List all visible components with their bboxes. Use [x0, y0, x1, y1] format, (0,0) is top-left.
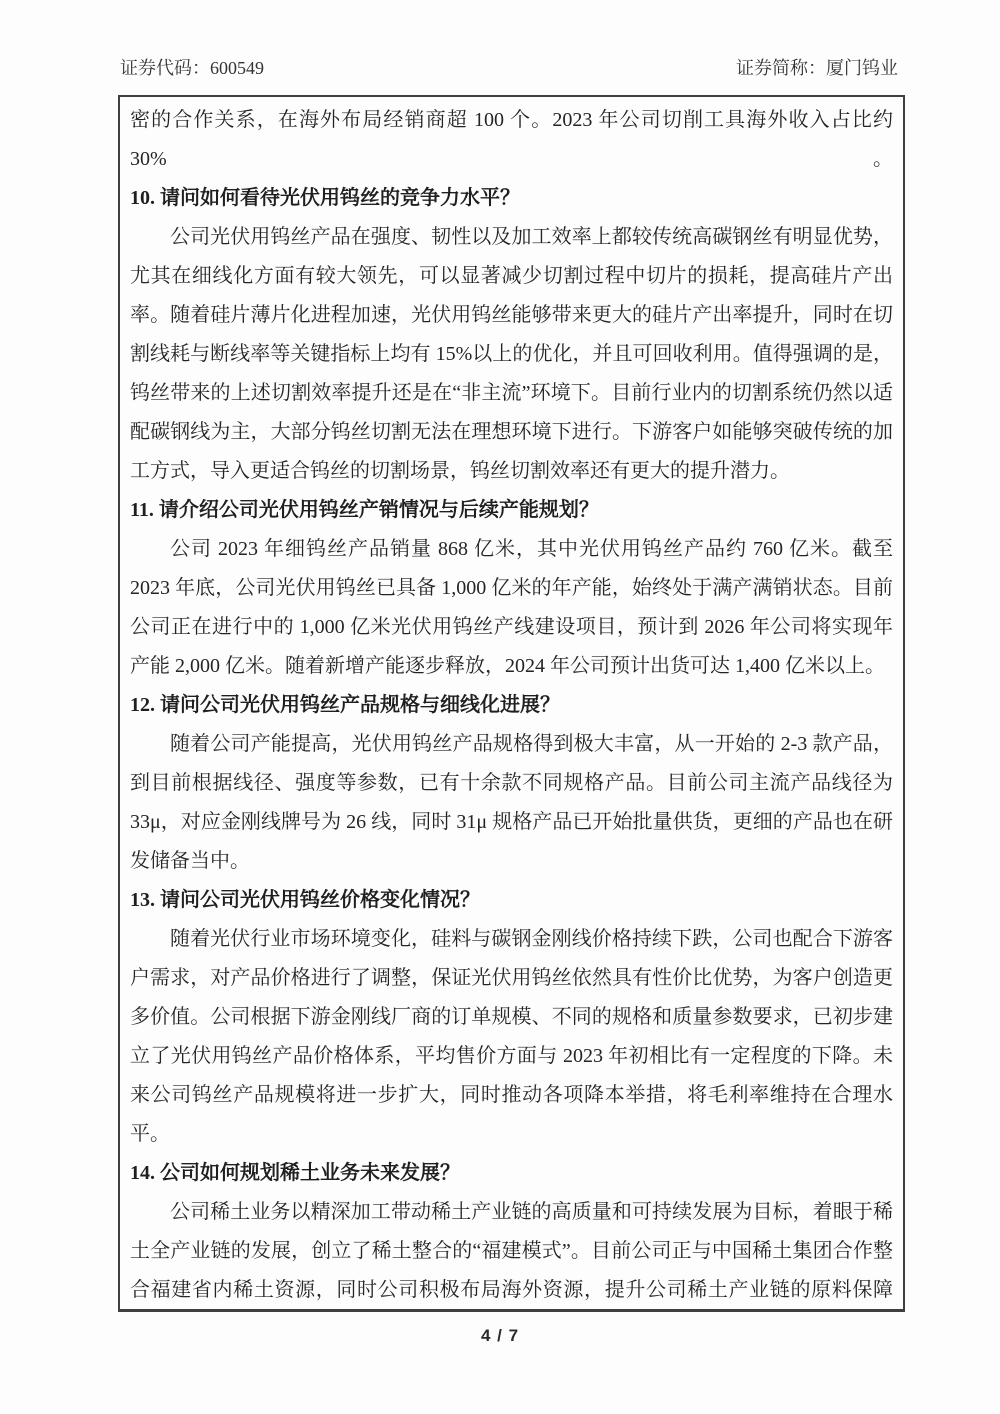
qa-item: 14. 公司如何规划稀土业务未来发展？ 公司稀土业务以精深加工带动稀土产业链的高…: [130, 1154, 893, 1312]
answer-paragraph-13: 随着光伏行业市场环境变化，硅料与碳钢金刚线价格持续下跌，公司也配合下游客户需求，…: [130, 920, 893, 1154]
continuation-paragraph: 密的合作关系，在海外布局经销商超 100 个。2023 年公司切削工具海外收入占…: [130, 101, 893, 179]
stock-code-label: 证券代码：600549: [120, 54, 264, 80]
qa-item: 11. 请介绍公司光伏用钨丝产销情况与后续产能规划？ 公司 2023 年细钨丝产…: [130, 491, 893, 686]
document-page: 证券代码：600549 证券简称：厦门钨业 密的合作关系，在海外布局经销商超 1…: [0, 0, 1000, 1414]
question-heading-14: 14. 公司如何规划稀土业务未来发展？: [130, 1154, 893, 1193]
qa-item: 10. 请问如何看待光伏用钨丝的竞争力水平？ 公司光伏用钨丝产品在强度、韧性以及…: [130, 179, 893, 491]
page-number: 4 / 7: [481, 1326, 519, 1345]
question-heading-10: 10. 请问如何看待光伏用钨丝的竞争力水平？: [130, 179, 893, 218]
answer-paragraph-10: 公司光伏用钨丝产品在强度、韧性以及加工效率上都较传统高碳钢丝有明显优势，尤其在细…: [130, 218, 893, 491]
question-heading-13: 13. 请问公司光伏用钨丝价格变化情况？: [130, 881, 893, 920]
answer-paragraph-14: 公司稀土业务以精深加工带动稀土产业链的高质量和可持续发展为目标，着眼于稀土全产业…: [130, 1193, 893, 1312]
qa-item: 12. 请问公司光伏用钨丝产品规格与细线化进展？ 随着公司产能提高，光伏用钨丝产…: [130, 686, 893, 881]
qa-content-box: 密的合作关系，在海外布局经销商超 100 个。2023 年公司切削工具海外收入占…: [118, 95, 905, 1312]
answer-paragraph-12: 随着公司产能提高，光伏用钨丝产品规格得到极大丰富，从一开始的 2-3 款产品，到…: [130, 725, 893, 881]
question-heading-12: 12. 请问公司光伏用钨丝产品规格与细线化进展？: [130, 686, 893, 725]
document-header: 证券代码：600549 证券简称：厦门钨业: [120, 54, 898, 80]
qa-item: 13. 请问公司光伏用钨丝价格变化情况？ 随着光伏行业市场环境变化，硅料与碳钢金…: [130, 881, 893, 1154]
page-footer: 4 / 7: [0, 1326, 1000, 1346]
stock-name-label: 证券简称：厦门钨业: [736, 54, 898, 80]
answer-paragraph-11: 公司 2023 年细钨丝产品销量 868 亿米，其中光伏用钨丝产品约 760 亿…: [130, 530, 893, 686]
question-heading-11: 11. 请介绍公司光伏用钨丝产销情况与后续产能规划？: [130, 491, 893, 530]
